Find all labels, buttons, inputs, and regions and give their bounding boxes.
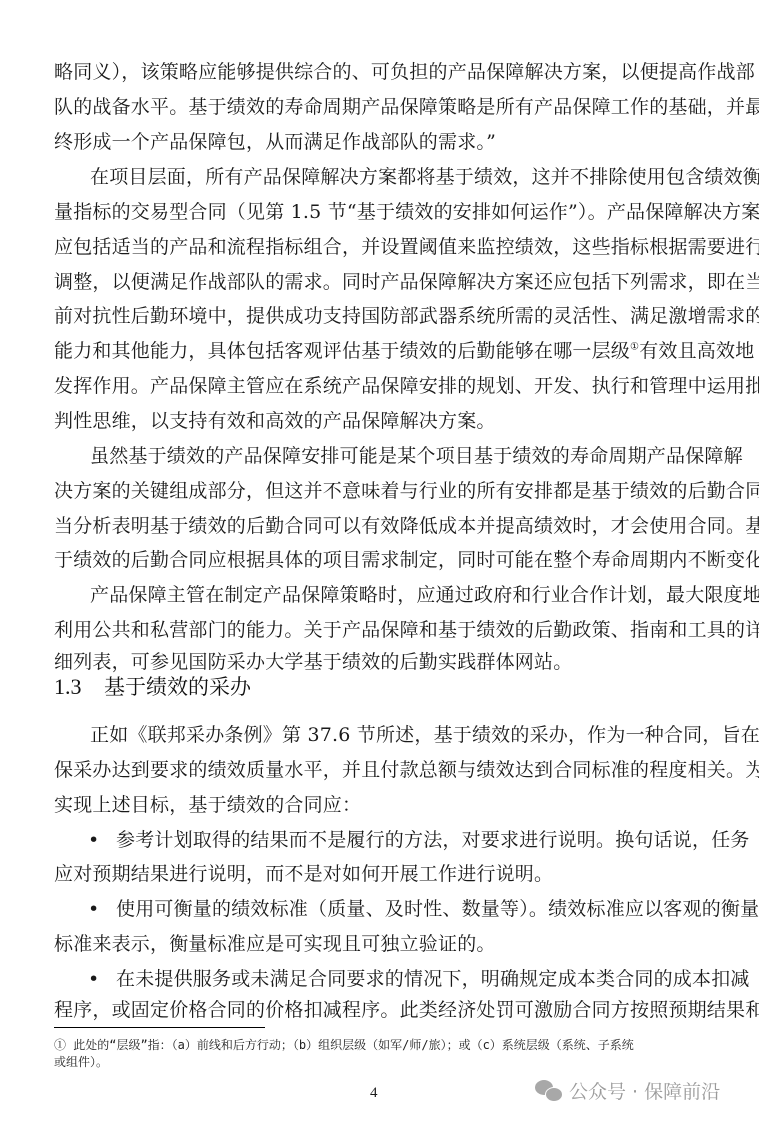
bullet-item-text: 在未提供服务或未满足合同要求的情况下，明确规定成本类合同的成本扣减 <box>116 967 705 991</box>
footnote-reference[interactable]: ① <box>630 342 639 353</box>
section-heading: 1.3基于绩效的采办 <box>54 673 251 701</box>
bullet-item-text: 使用可衡量的绩效标准（质量、及时性、数量等）。绩效标准应以客观的衡量 <box>116 897 705 921</box>
text-segment: 能力和其他能力，具体包括客观评估基于绩效的后勤能够在哪一层级 <box>54 340 630 362</box>
text-line: 发挥作用。产品保障主管应在系统产品保障安排的规划、开发、执行和管理中运用批 <box>54 374 705 398</box>
page-number: 4 <box>370 1085 378 1102</box>
text-line: 实现上述目标，基于绩效的合同应： <box>54 793 705 817</box>
text-line-with-footnote: 能力和其他能力，具体包括客观评估基于绩效的后勤能够在哪一层级①有效且高效地 <box>54 339 705 363</box>
text-line: 量指标的交易型合同（见第 1.5 节“基于绩效的安排如何运作”）。产品保障解决方… <box>54 200 705 224</box>
footnote-text: 或组件）。 <box>54 1054 705 1071</box>
bullet-item-text: 标准来表示，衡量标准应是可实现且可独立验证的。 <box>54 932 705 956</box>
bullet-item-text: 程序，或固定价格合同的价格扣减程序。此类经济处罚可激励合同方按照预期结果和 <box>54 998 705 1022</box>
text-line: 终形成一个产品保障包，从而满足作战部队的需求。” <box>54 130 705 154</box>
text-line: 决方案的关键组成部分，但这并不意味着与行业的所有安排都是基于绩效的后勤合同。 <box>54 479 705 503</box>
text-line: 保采办达到要求的绩效质量水平，并且付款总额与绩效达到合同标准的程度相关。为 <box>54 758 705 782</box>
text-line: 产品保障主管在制定产品保障策略时，应通过政府和行业合作计划，最大限度地 <box>90 583 705 607</box>
bullet-icon: • <box>88 897 99 921</box>
text-line: 在项目层面，所有产品保障解决方案都将基于绩效，这并不排除使用包含绩效衡 <box>90 165 705 189</box>
wechat-watermark: 公众号 · 保障前沿 <box>535 1077 720 1104</box>
text-line: 细列表，可参见国防采办大学基于绩效的后勤实践群体网站。 <box>54 650 705 674</box>
bullet-item-text: 参考计划取得的结果而不是履行的方法，对要求进行说明。换句话说，任务 <box>116 828 705 852</box>
text-line: 虽然基于绩效的产品保障安排可能是某个项目基于绩效的寿命周期产品保障解 <box>90 444 705 468</box>
document-page: 略同义），该策略应能够提供综合的、可负担的产品保障解决方案，以便提高作战部 队的… <box>0 0 759 1121</box>
text-line: 略同义），该策略应能够提供综合的、可负担的产品保障解决方案，以便提高作战部 <box>54 60 705 84</box>
footnote-divider <box>54 1027 265 1028</box>
text-line: 队的战备水平。基于绩效的寿命周期产品保障策略是所有产品保障工作的基础，并最 <box>54 95 705 119</box>
watermark-text: 公众号 · 保障前沿 <box>569 1077 720 1104</box>
text-line: 判性思维，以支持有效和高效的产品保障解决方案。 <box>54 409 705 433</box>
text-line: 前对抗性后勤环境中，提供成功支持国防部武器系统所需的灵活性、满足激增需求的 <box>54 304 705 328</box>
text-line: 调整，以便满足作战部队的需求。同时产品保障解决方案还应包括下列需求，即在当 <box>54 270 705 294</box>
text-line: 利用公共和私营部门的能力。关于产品保障和基于绩效的后勤政策、指南和工具的详 <box>54 618 705 642</box>
bullet-icon: • <box>88 967 99 991</box>
text-line: 于绩效的后勤合同应根据具体的项目需求制定，同时可能在整个寿命周期内不断变化。 <box>54 548 705 572</box>
bullet-item-text: 应对预期结果进行说明，而不是对如何开展工作进行说明。 <box>54 862 705 886</box>
section-title: 基于绩效的采办 <box>104 675 251 699</box>
wechat-icon <box>535 1080 563 1102</box>
text-line: 正如《联邦采办条例》第 37.6 节所述，基于绩效的采办，作为一种合同，旨在确 <box>90 723 705 747</box>
bullet-icon: • <box>88 828 99 852</box>
section-number: 1.3 <box>54 673 104 701</box>
text-segment: 有效且高效地 <box>639 340 754 362</box>
text-line: 应包括适当的产品和流程指标组合，并设置阈值来监控绩效，这些指标根据需要进行 <box>54 235 705 259</box>
footnote-text: ① 此处的“层级”指：（a）前线和后方行动；（b）组织层级（如军/师/旅）；或（… <box>54 1037 705 1054</box>
text-line: 当分析表明基于绩效的后勤合同可以有效降低成本并提高绩效时，才会使用合同。基 <box>54 514 705 538</box>
